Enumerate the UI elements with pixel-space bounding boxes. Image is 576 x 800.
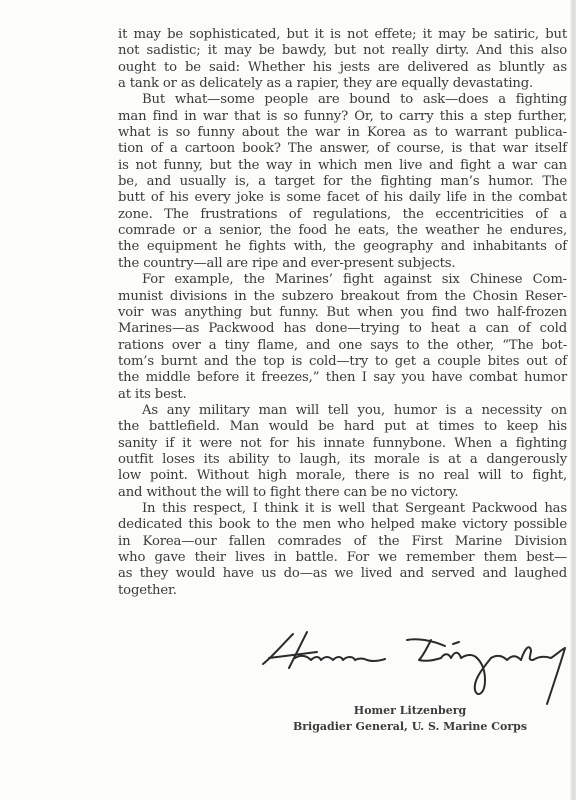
text-line: tion of a cartoon book? The answer, of c…	[118, 141, 567, 157]
text-line: a tank or as delicately as a rapier, the…	[118, 76, 567, 92]
paragraph: In this respect, I think it is well that…	[118, 501, 567, 599]
paragraph: But what—some people are bound to ask—do…	[118, 92, 567, 272]
text-line: dedicated this book to the men who helpe…	[118, 517, 567, 533]
text-line: the equipment he fights with, the geogra…	[118, 239, 567, 255]
text-line: be, and usually is, a target for the fig…	[118, 174, 567, 190]
signature-caption: Homer Litzenberg Brigadier General, U. S…	[240, 703, 576, 735]
text-line: sanity if it were not for his innate fun…	[118, 436, 567, 452]
text-line: zone. The frustrations of regulations, t…	[118, 207, 567, 223]
signatory-title: Brigadier General, U. S. Marine Corps	[240, 719, 576, 735]
text-line: tom’s burnt and the top is cold—try to g…	[118, 354, 567, 370]
body-text: it may be sophisticated, but it is not e…	[118, 27, 567, 599]
page-edge	[570, 0, 576, 800]
text-line: In this respect, I think it is well that…	[118, 501, 567, 517]
paragraph: For example, the Marines’ fight against …	[118, 272, 567, 403]
text-line: But what—some people are bound to ask—do…	[118, 92, 567, 108]
text-line: munist divisions in the subzero breakout…	[118, 289, 567, 305]
text-line: As any military man will tell you, humor…	[118, 403, 567, 419]
text-line: at its best.	[118, 387, 567, 403]
text-line: as they would have us do—as we lived and…	[118, 566, 567, 582]
text-line: butt of his every joke is some facet of …	[118, 190, 567, 206]
text-line: is not funny, but the way in which men l…	[118, 158, 567, 174]
text-line: the battlefield. Man would be hard put a…	[118, 419, 567, 435]
text-line: in Korea—our fallen comrades of the Firs…	[118, 534, 567, 550]
text-line: outfit loses its ability to laugh, its m…	[118, 452, 567, 468]
text-line: voir was anything but funny. But when yo…	[118, 305, 567, 321]
text-line: Marines—as Packwood has done—trying to h…	[118, 321, 567, 337]
text-line: and without the will to fight there can …	[118, 485, 567, 501]
text-line: ought to be said: Whether his jests are …	[118, 60, 567, 76]
document-page: it may be sophisticated, but it is not e…	[0, 0, 576, 800]
text-line: low point. Without high morale, there is…	[118, 468, 567, 484]
text-line: it may be sophisticated, but it is not e…	[118, 27, 567, 43]
paragraph: As any military man will tell you, humor…	[118, 403, 567, 501]
handwritten-signature	[255, 628, 570, 710]
text-line: what is so funny about the war in Korea …	[118, 125, 567, 141]
text-line: who gave their lives in battle. For we r…	[118, 550, 567, 566]
text-line: comrade or a senior, the food he eats, t…	[118, 223, 567, 239]
paragraph: it may be sophisticated, but it is not e…	[118, 27, 567, 92]
signatory-name: Homer Litzenberg	[240, 703, 576, 719]
text-line: the middle before it freezes,” then I sa…	[118, 370, 567, 386]
signature-icon	[255, 628, 570, 710]
text-line: man find in war that is so funny? Or, to…	[118, 109, 567, 125]
text-line: not sadistic; it may be bawdy, but not r…	[118, 43, 567, 59]
text-line: the country—all are ripe and ever-presen…	[118, 256, 567, 272]
text-line: together.	[118, 583, 567, 599]
text-line: rations over a tiny flame, and one says …	[118, 338, 567, 354]
text-line: For example, the Marines’ fight against …	[118, 272, 567, 288]
